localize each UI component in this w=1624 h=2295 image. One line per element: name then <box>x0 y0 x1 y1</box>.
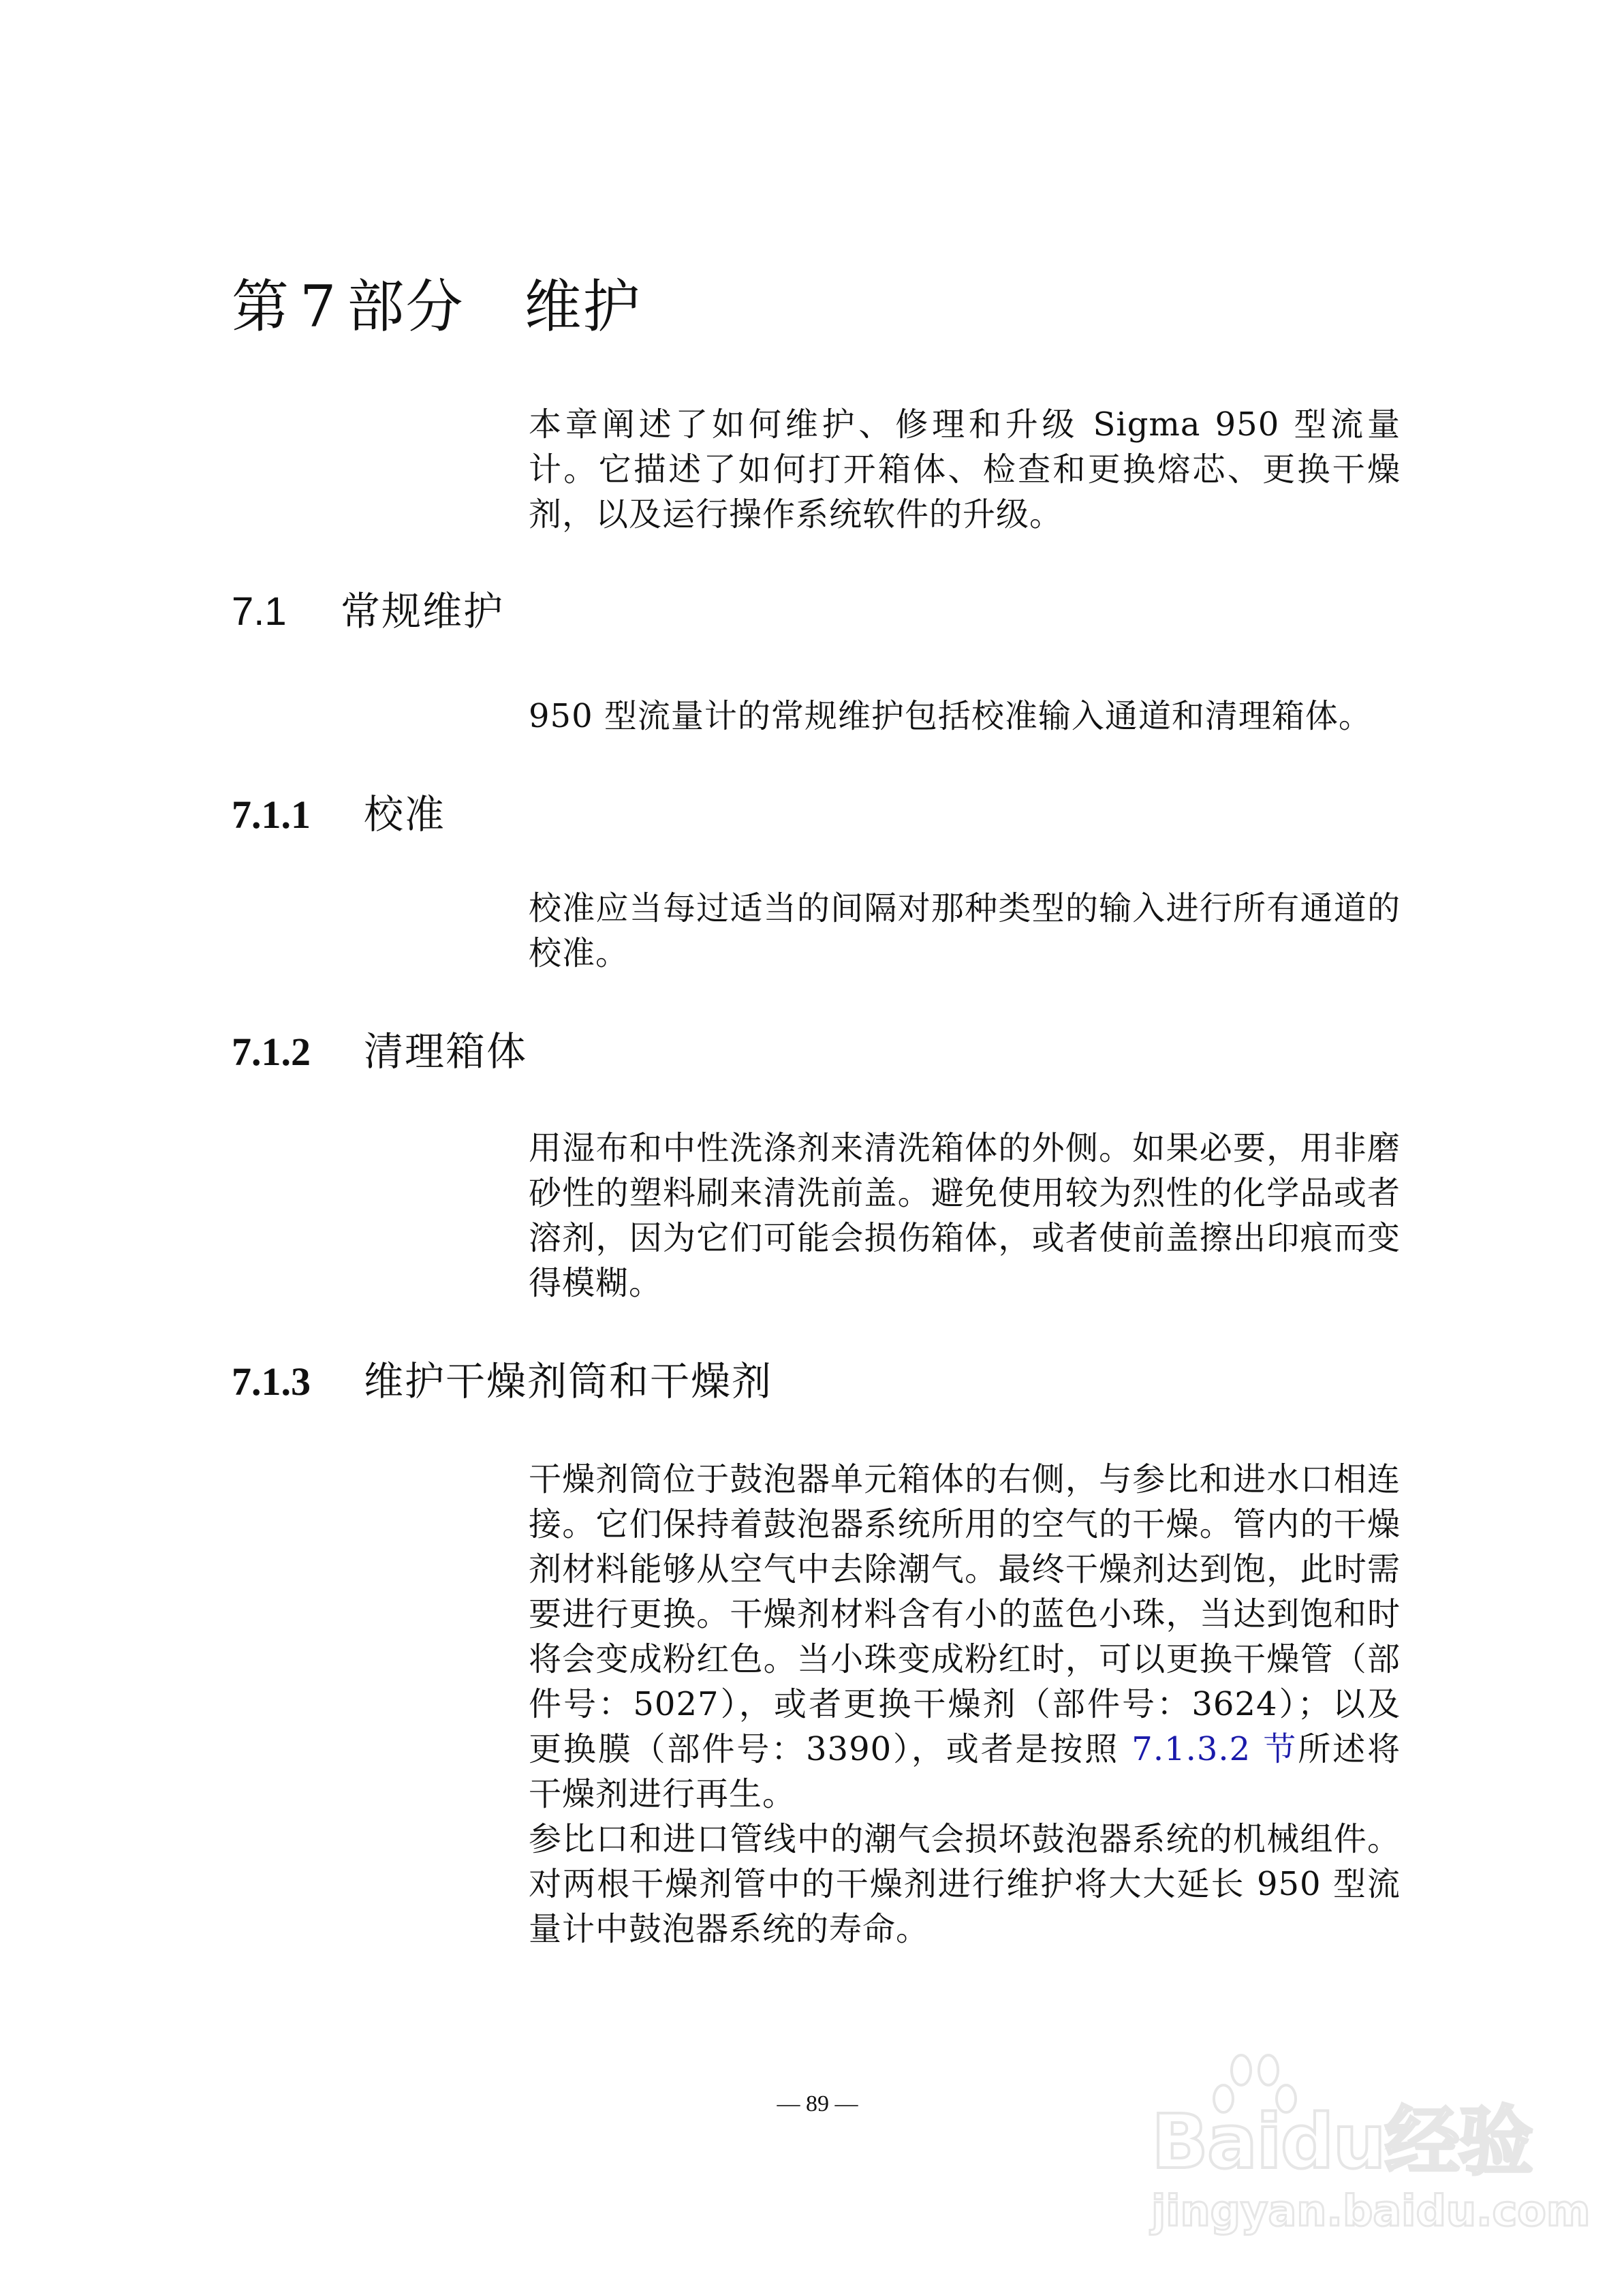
section-7-1-3-paragraph-2: 参比口和进口管线中的潮气会损坏鼓泡器系统的机械组件。对两根干燥剂管中的干燥剂进行… <box>529 1817 1401 1952</box>
section-title: 维护干燥剂筒和干燥剂 <box>364 1358 772 1404</box>
section-heading-7-1-1: 7.1.1校准 <box>232 790 446 839</box>
section-7-1-2-paragraph: 用湿布和中性洗涤剂来清洗箱体的外侧。如果必要，用非磨砂性的塑料刷来清洗前盖。避免… <box>529 1126 1401 1306</box>
section-title: 常规维护 <box>341 588 504 634</box>
section-7-1-3-paragraph-1: 干燥剂筒位于鼓泡器单元箱体的右侧，与参比和进水口相连接。它们保持着鼓泡器系统所用… <box>529 1457 1401 1817</box>
section-7-1-1-paragraph: 校准应当每过适当的间隔对那种类型的输入进行所有通道的校准。 <box>529 886 1401 976</box>
section-number: 7.1.2 <box>232 1028 364 1076</box>
section-title: 清理箱体 <box>364 1028 527 1075</box>
section-heading-7-1: 7.1常规维护 <box>232 587 504 636</box>
chapter-number: 7 <box>300 273 337 340</box>
baidu-watermark: Baidu经验 jingyan.baidu.com <box>1151 2051 1533 2249</box>
section-heading-7-1-3: 7.1.3维护干燥剂筒和干燥剂 <box>232 1357 772 1406</box>
chapter-title: 第7部分维护 <box>232 273 642 341</box>
chapter-suffix: 部分 <box>347 273 464 340</box>
paragraph-text: 干燥剂筒位于鼓泡器单元箱体的右侧，与参比和进水口相连接。它们保持着鼓泡器系统所用… <box>529 1460 1401 1768</box>
section-number: 7.1.3 <box>232 1358 364 1406</box>
chapter-name: 维护 <box>524 273 641 340</box>
section-number: 7.1.1 <box>232 791 364 839</box>
watermark-logo: Baidu经验 <box>1151 2104 1532 2179</box>
section-7-1-paragraph: 950 型流量计的常规维护包括校准输入通道和清理箱体。 <box>529 694 1401 739</box>
watermark-url: jingyan.baidu.com <box>1151 2187 1590 2235</box>
section-heading-7-1-2: 7.1.2清理箱体 <box>232 1028 527 1076</box>
chapter-prefix: 第 <box>232 273 290 340</box>
section-7-1-3-2-link[interactable]: 7.1.3.2 节 <box>1131 1730 1298 1768</box>
section-number: 7.1 <box>232 588 341 636</box>
page-number: — 89 — <box>749 2091 886 2118</box>
section-title: 校准 <box>364 791 446 837</box>
intro-paragraph: 本章阐述了如何维护、修理和升级 Sigma 950 型流量计。它描述了如何打开箱… <box>529 402 1401 537</box>
